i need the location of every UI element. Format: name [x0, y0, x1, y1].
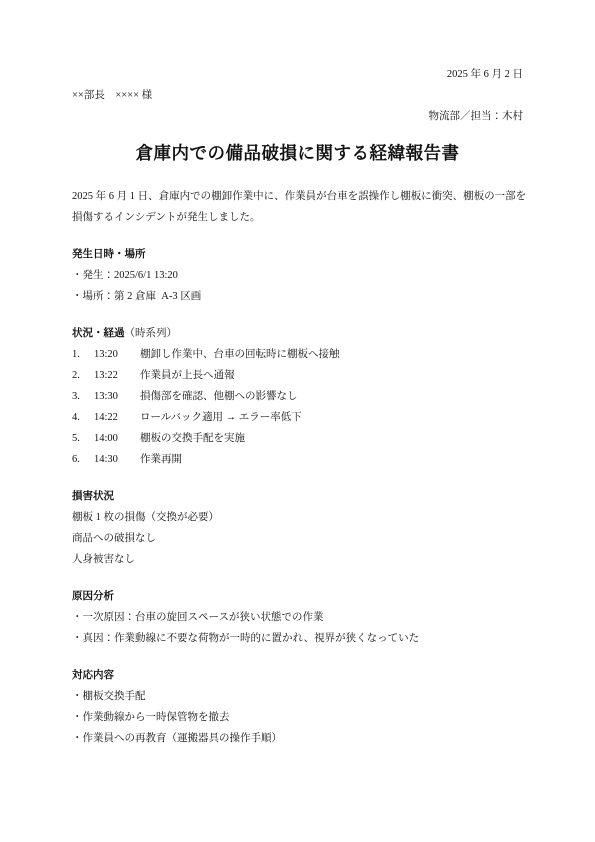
section-heading: 損害状況: [72, 486, 523, 507]
entry-text: 棚板の交換手配を実施: [140, 428, 523, 449]
intro-paragraph: 2025 年 6 月 1 日、倉庫内での棚卸作業中に、作業員が台車を誤操作し棚板…: [72, 186, 523, 228]
bullet-item: ・発生：2025/6/1 13:20: [72, 265, 523, 286]
intro-line: 2025 年 6 月 1 日、倉庫内での棚卸作業中に、作業員が台車を誤操作し棚板…: [72, 186, 523, 207]
damage-item: 商品への破損なし: [72, 528, 523, 549]
timeline-entry: 6. 14:30 作業再開: [72, 449, 523, 470]
entry-time: 14:22: [94, 407, 140, 428]
entry-text: 作業員が上長へ通報: [140, 365, 523, 386]
entry-number: 6.: [72, 449, 94, 470]
section-occurrence: 発生日時・場所 ・発生：2025/6/1 13:20 ・場所：第 2 倉庫 A-…: [72, 244, 523, 307]
damage-item: 人身被害なし: [72, 549, 523, 570]
timeline-entry: 1. 13:20 棚卸し作業中、台車の回転時に棚板へ接触: [72, 344, 523, 365]
incident-report-page: 2025 年 6 月 2 日 ××部長 ×××× 様 物流部／担当：木村 倉庫内…: [0, 0, 595, 842]
intro-line: 損傷するインシデントが発生しました。: [72, 207, 523, 228]
entry-number: 2.: [72, 365, 94, 386]
section-heading: 状況・経過（時系列）: [72, 323, 523, 344]
section-heading-text: 状況・経過: [72, 328, 125, 339]
section-heading: 対応内容: [72, 665, 523, 686]
timeline-entry: 2. 13:22 作業員が上長へ通報: [72, 365, 523, 386]
entry-time: 14:30: [94, 449, 140, 470]
bullet-item: ・場所：第 2 倉庫 A-3 区画: [72, 286, 523, 307]
section-heading: 原因分析: [72, 586, 523, 607]
entry-time: 13:22: [94, 365, 140, 386]
sender-line: 物流部／担当：木村: [72, 106, 523, 127]
entry-text: 棚卸し作業中、台車の回転時に棚板へ接触: [140, 344, 523, 365]
bullet-item: ・一次原因：台車の旋回スペースが狭い状態での作業: [72, 607, 523, 628]
timeline-entry: 5. 14:00 棚板の交換手配を実施: [72, 428, 523, 449]
bullet-item: ・作業員への再教育（運搬器具の操作手順）: [72, 728, 523, 749]
section-response: 対応内容 ・棚板交換手配 ・作業動線から一時保管物を撤去 ・作業員への再教育（運…: [72, 665, 523, 749]
bullet-item: ・作業動線から一時保管物を撤去: [72, 707, 523, 728]
section-damage: 損害状況 棚板 1 枚の損傷（交換が必要） 商品への破損なし 人身被害なし: [72, 486, 523, 570]
entry-time: 14:00: [94, 428, 140, 449]
damage-item: 棚板 1 枚の損傷（交換が必要）: [72, 507, 523, 528]
entry-number: 3.: [72, 386, 94, 407]
entry-text: 作業再開: [140, 449, 523, 470]
section-cause: 原因分析 ・一次原因：台車の旋回スペースが狭い状態での作業 ・真因：作業動線に不…: [72, 586, 523, 649]
section-heading: 発生日時・場所: [72, 244, 523, 265]
document-date: 2025 年 6 月 2 日: [72, 64, 523, 85]
entry-time: 13:20: [94, 344, 140, 365]
entry-number: 1.: [72, 344, 94, 365]
entry-time: 13:30: [94, 386, 140, 407]
timeline-entry: 3. 13:30 損傷部を確認、他棚への影響なし: [72, 386, 523, 407]
bullet-item: ・棚板交換手配: [72, 686, 523, 707]
entry-text: 損傷部を確認、他棚への影響なし: [140, 386, 523, 407]
section-heading-note: （時系列）: [125, 328, 178, 339]
document-title: 倉庫内での備品破損に関する経緯報告書: [72, 140, 523, 166]
entry-number: 4.: [72, 407, 94, 428]
recipient-line: ××部長 ×××× 様: [72, 85, 523, 106]
section-timeline: 状況・経過（時系列） 1. 13:20 棚卸し作業中、台車の回転時に棚板へ接触 …: [72, 323, 523, 470]
entry-text: ロールバック適用 → エラー率低下: [140, 407, 523, 428]
entry-number: 5.: [72, 428, 94, 449]
bullet-item: ・真因：作業動線に不要な荷物が一時的に置かれ、視界が狭くなっていた: [72, 628, 523, 649]
timeline-entry: 4. 14:22 ロールバック適用 → エラー率低下: [72, 407, 523, 428]
